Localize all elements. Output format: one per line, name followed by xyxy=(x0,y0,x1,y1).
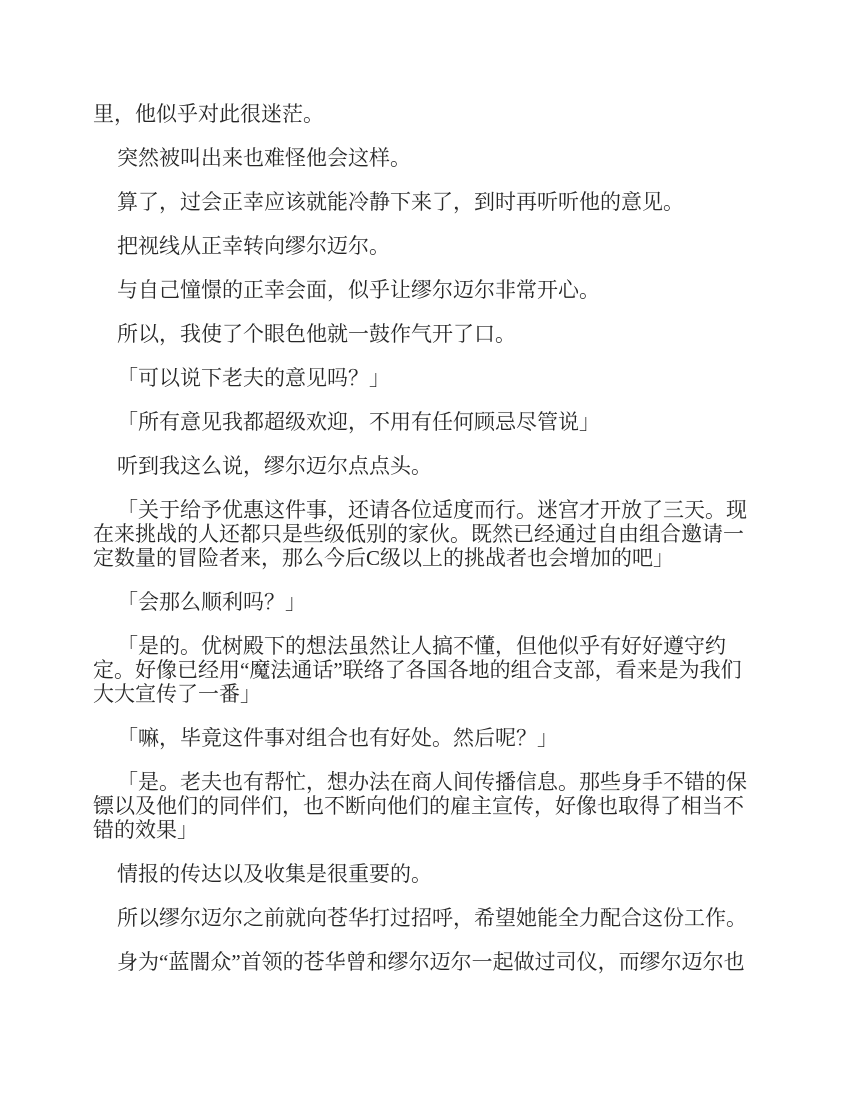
paragraph: 突然被叫出来也难怪他会这样。 xyxy=(93,146,749,170)
paragraph: 里，他似乎对此很迷茫。 xyxy=(93,102,749,126)
paragraph: 与自己憧憬的正幸会面，似乎让缪尔迈尔非常开心。 xyxy=(93,278,749,302)
paragraph: 「关于给予优惠这件事，还请各位适度而行。迷宫才开放了三天。现在来挑战的人还都只是… xyxy=(93,498,749,570)
paragraph: 听到我这么说，缪尔迈尔点点头。 xyxy=(93,454,749,478)
paragraph: 把视线从正幸转向缪尔迈尔。 xyxy=(93,234,749,258)
paragraph: 所以缪尔迈尔之前就向苍华打过招呼，希望她能全力配合这份工作。 xyxy=(93,906,749,930)
paragraph: 「是的。优树殿下的想法虽然让人搞不懂，但他似乎有好好遵守约定。好像已经用“魔法通… xyxy=(93,634,749,706)
paragraph: 「会那么顺利吗？」 xyxy=(93,590,749,614)
paragraph: 「是。老夫也有帮忙，想办法在商人间传播信息。那些身手不错的保镖以及他们的同伴们，… xyxy=(93,770,749,842)
paragraph: 「可以说下老夫的意见吗？」 xyxy=(93,366,749,390)
reader-page: 里，他似乎对此很迷茫。 突然被叫出来也难怪他会这样。 算了，过会正幸应该就能冷静… xyxy=(0,0,850,1100)
paragraph: 「所有意见我都超级欢迎，不用有任何顾忌尽管说」 xyxy=(93,410,749,434)
text-block: 里，他似乎对此很迷茫。 突然被叫出来也难怪他会这样。 算了，过会正幸应该就能冷静… xyxy=(93,102,749,974)
paragraph: 情报的传达以及收集是很重要的。 xyxy=(93,862,749,886)
paragraph: 「嘛，毕竟这件事对组合也有好处。然后呢？」 xyxy=(93,726,749,750)
paragraph: 所以，我使了个眼色他就一鼓作气开了口。 xyxy=(93,322,749,346)
paragraph: 算了，过会正幸应该就能冷静下来了，到时再听听他的意见。 xyxy=(93,190,749,214)
paragraph: 身为“蓝闇众”首领的苍华曾和缪尔迈尔一起做过司仪，而缪尔迈尔也 xyxy=(93,950,749,974)
